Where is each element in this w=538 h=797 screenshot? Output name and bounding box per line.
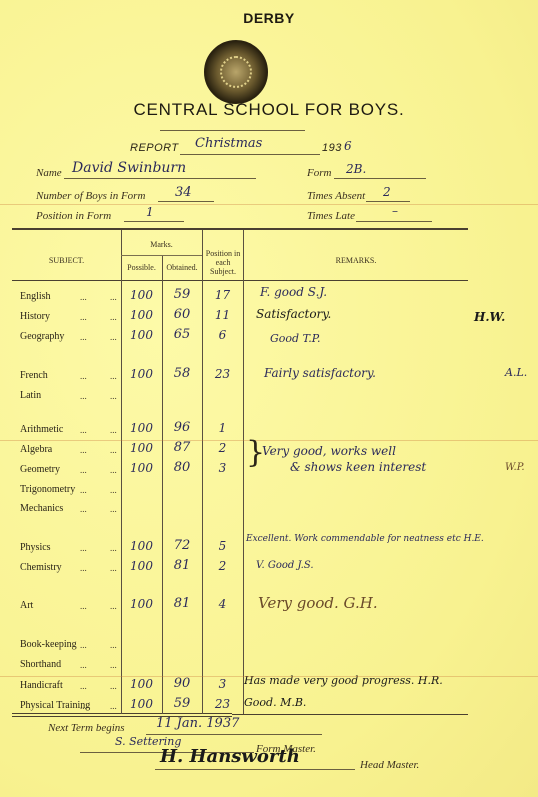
marks-obtained: 58 [162,366,202,381]
subject-remark: Fairly satisfactory. [264,366,376,380]
marks-obtained: 96 [162,420,202,435]
school-name: CENTRAL SCHOOL FOR BOYS. [0,100,538,120]
leader-dots: ... [110,391,117,401]
position-in-form-value: 1 [146,205,154,219]
leader-dots: ... [80,681,87,691]
subject-position: 3 [202,461,243,475]
marks-possible: 100 [121,697,162,711]
marks-obtained: 80 [162,460,202,475]
marks-possible: 100 [121,308,162,322]
col-divider [162,256,163,714]
form-value: 2B. [346,162,366,176]
marks-possible: 100 [121,597,162,611]
marks-possible: 100 [121,441,162,455]
subject-name: French [20,370,120,381]
marks-possible: 100 [121,677,162,691]
leader-dots: ... [110,504,117,514]
history-initials: H.W. [474,310,505,324]
marks-possible: 100 [121,288,162,302]
subject-position: 17 [202,288,243,302]
report-label: REPORT [130,142,179,154]
times-absent-label: Times Absent [307,190,365,202]
subject-name: Art [20,600,120,611]
subject-position: 11 [202,308,243,322]
name-label: Name [36,167,62,179]
header-remarks: REMARKS. [244,256,468,265]
subject-name: Chemistry [20,562,120,573]
subject-position: 1 [202,421,243,435]
header-subject: SUBJECT. [12,256,121,265]
header-possible: Possible. [121,263,162,272]
next-term-label: Next Term begins [48,722,125,734]
marks-possible: 100 [121,559,162,573]
marks-obtained: 60 [162,307,202,322]
subject-remark: Good T.P. [270,332,320,345]
header-marks: Marks. [121,240,202,249]
leader-dots: ... [80,701,87,711]
leader-dots: ... [110,445,117,455]
remark-initials: A.L. [505,366,527,379]
leader-dots: ... [110,640,117,650]
head-master-signature: H. Hansworth [160,746,300,767]
leader-dots: ... [110,681,117,691]
leader-dots: ... [80,445,87,455]
subject-name: Shorthand [20,659,120,670]
head-master-label: Head Master. [360,759,419,771]
leader-dots: ... [110,465,117,475]
marks-obtained: 90 [162,676,202,691]
subject-remark: Satisfactory. [256,307,331,321]
subject-name: Book-keeping [20,639,120,650]
marks-obtained: 72 [162,538,202,553]
leader-dots: ... [80,563,87,573]
leader-dots: ... [80,504,87,514]
leader-dots: ... [80,425,87,435]
marks-obtained: 81 [162,558,202,573]
subject-position: 4 [202,597,243,611]
leader-dots: ... [110,332,117,342]
marks-possible: 100 [121,539,162,553]
subject-remark: Excellent. Work commendable for neatness… [246,534,484,544]
marks-possible: 100 [121,421,162,435]
report-year-prefix: 193 [322,142,342,154]
subject-name: Arithmetic [20,424,120,435]
subject-name: History [20,311,120,322]
leader-dots: ... [80,332,87,342]
leader-dots: ... [110,371,117,381]
leader-dots: ... [80,485,87,495]
leader-dots: ... [80,543,87,553]
subject-position: 23 [202,697,243,711]
marks-possible: 100 [121,328,162,342]
school-seal-icon [204,40,268,104]
subject-position: 6 [202,328,243,342]
subject-name: Physical Training [20,700,120,711]
marks-possible: 100 [121,367,162,381]
marks-obtained: 59 [162,696,202,711]
subject-remark: Very good. G.H. [258,594,378,612]
subject-position: 2 [202,441,243,455]
times-absent-value: 2 [383,185,391,199]
subject-name: Latin [20,390,120,401]
subject-name: Mechanics [20,503,120,514]
subject-name: Geometry [20,464,120,475]
leader-dots: ... [110,601,117,611]
subject-remark: F. good S.J. [260,285,327,299]
leader-dots: ... [110,701,117,711]
subject-name: English [20,291,120,302]
subject-name: Algebra [20,444,120,455]
leader-dots: ... [110,660,117,670]
leader-dots: ... [110,563,117,573]
subject-name: Handicraft [20,680,120,691]
title-rule [160,130,305,131]
name-value: David Swinburn [72,160,186,176]
subject-name: Geography [20,331,120,342]
position-line [124,209,184,222]
subject-position: 3 [202,677,243,691]
next-term-value: 11 Jan. 1937 [156,716,239,731]
leader-dots: ... [110,543,117,553]
maths-group-remark-1: Very good, works well [262,444,396,458]
leader-dots: ... [110,312,117,322]
subject-position: 2 [202,559,243,573]
table-bottom-rule [12,713,232,714]
leader-dots: ... [110,425,117,435]
form-label: Form [307,167,331,179]
position-in-form-label: Position in Form [36,210,111,222]
times-late-value: – [392,204,398,218]
leader-dots: ... [80,640,87,650]
subject-position: 5 [202,539,243,553]
leader-dots: ... [80,312,87,322]
maths-group-remark-2: & shows keen interest [290,460,426,474]
subject-name: Trigonometry [20,484,120,495]
report-term: Christmas [195,136,262,151]
leader-dots: ... [110,485,117,495]
subject-name: Physics [20,542,120,553]
col-divider [243,230,244,714]
marks-obtained: 81 [162,596,202,611]
table-top-rule [12,228,468,230]
leader-dots: ... [80,601,87,611]
leader-dots: ... [80,660,87,670]
times-late-label: Times Late [307,210,355,222]
school-city: DERBY [0,10,538,26]
leader-dots: ... [80,391,87,401]
marks-obtained: 87 [162,440,202,455]
table-header-rule [12,280,468,281]
subject-remark: Good. M.B. [244,696,306,709]
marks-obtained: 59 [162,287,202,302]
boys-in-form-label: Number of Boys in Form [36,190,145,202]
header-obtained: Obtained. [162,263,202,272]
marks-possible: 100 [121,461,162,475]
report-year-suffix: 6 [344,139,352,153]
header-position: Position in each Subject. [204,249,242,276]
subject-position: 23 [202,367,243,381]
leader-dots: ... [110,292,117,302]
boys-in-form-value: 34 [175,185,192,200]
marks-obtained: 65 [162,327,202,342]
leader-dots: ... [80,371,87,381]
maths-group-initials: W.P. [505,462,525,473]
paper-fold [0,204,538,205]
subject-remark: V. Good J.S. [256,560,314,571]
leader-dots: ... [80,465,87,475]
leader-dots: ... [80,292,87,302]
